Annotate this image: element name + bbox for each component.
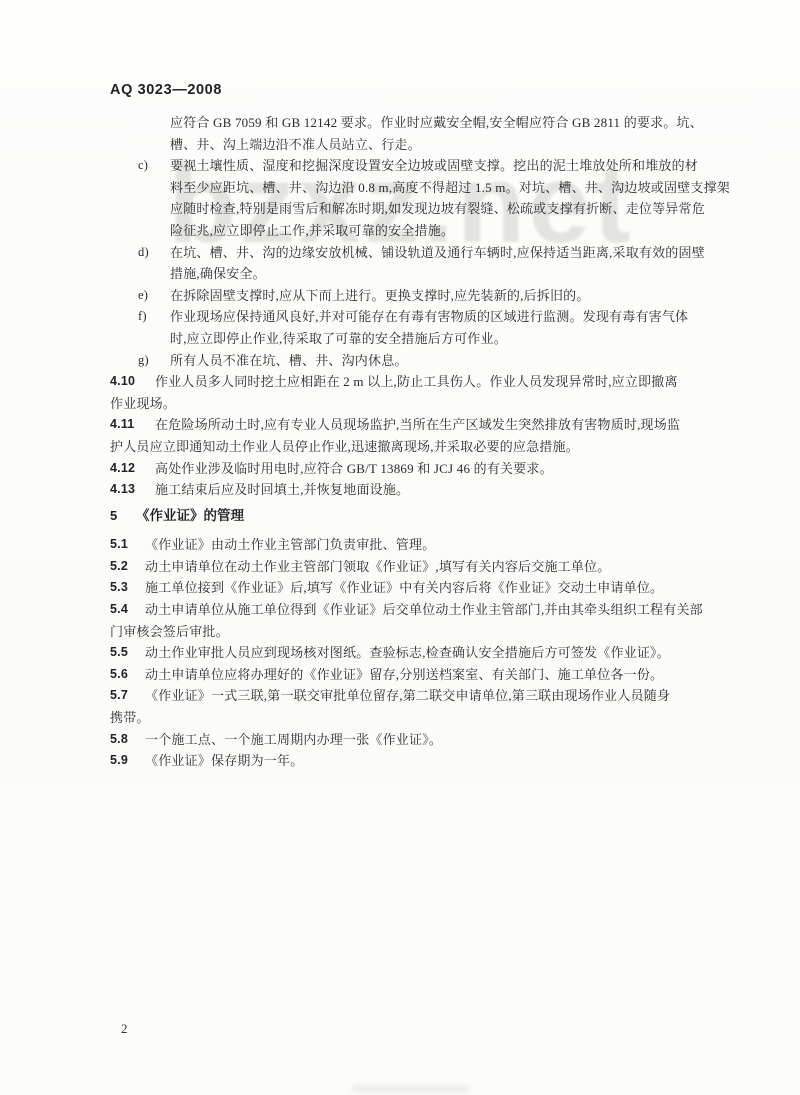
list-item-text: 所有人员不准在坑、槽、井、沟内休息。: [170, 353, 408, 368]
list-item-label: g): [138, 350, 149, 372]
clause: 4.10 作业人员多人同时挖土应相距在 2 m 以上,防止工具伤人。作业人员发现…: [110, 371, 702, 393]
clause-text: 作业人员多人同时挖土应相距在 2 m 以上,防止工具伤人。作业人员发现异常时,应…: [155, 371, 678, 393]
clause-number: 5.4: [110, 599, 145, 621]
clause-text: 施工单位接到《作业证》后,填写《作业证》中有关内容后将《作业证》交动土申请单位。: [145, 577, 663, 599]
clause-text: 在危险场所动土时,应有专业人员现场监护,当所在生产区域发生突然排放有害物质时,现…: [155, 414, 680, 436]
clause: 5.9 《作业证》保存期为一年。: [110, 750, 702, 772]
clause: 5.5 动土作业审批人员应到现场核对图纸。查验标志,检查确认安全措施后方可签发《…: [110, 642, 702, 664]
list-item: f) 作业现场应保持通风良好,并对可能存在有毒有害物质的区域进行监测。发现有毒有…: [110, 306, 702, 328]
clause-number: 5.2: [110, 556, 145, 578]
clause-text: 动土申请单位从施工单位得到《作业证》后交单位动土作业主管部门,并由其牵头组织工程…: [145, 599, 703, 621]
clause: 4.11 在危险场所动土时,应有专业人员现场监护,当所在生产区域发生突然排放有害…: [110, 414, 702, 436]
list-item: e) 在拆除固壁支撑时,应从下而上进行。更换支撑时,应先装新的,后拆旧的。: [110, 285, 702, 307]
list-item-text: 作业现场应保持通风良好,并对可能存在有毒有害物质的区域进行监测。发现有毒有害气体: [170, 309, 688, 324]
clause: 5.2 动土申请单位在动土作业主管部门领取《作业证》,填写有关内容后交施工单位。: [110, 556, 702, 578]
section-number: 5: [110, 505, 136, 527]
list-item: g) 所有人员不准在坑、槽、井、沟内休息。: [110, 350, 702, 372]
section-title: 《作业证》的管理: [136, 505, 244, 527]
text-line: 槽、井、沟上端边沿不准人员站立、行走。: [110, 134, 702, 156]
list-item-text: 在拆除固壁支撑时,应从下而上进行。更换支撑时,应先装新的,后拆旧的。: [170, 288, 590, 303]
clause-text: 动土申请单位应将办理好的《作业证》留存,分别送档案室、有关部门、施工单位各一份。: [145, 664, 663, 686]
section-heading: 5 《作业证》的管理: [110, 505, 702, 527]
clause: 5.3 施工单位接到《作业证》后,填写《作业证》中有关内容后将《作业证》交动土申…: [110, 577, 702, 599]
list-item-label: e): [138, 285, 148, 307]
clause-text: 动土作业审批人员应到现场核对图纸。查验标志,检查确认安全措施后方可签发《作业证》…: [145, 642, 670, 664]
list-item: c) 要视土壤性质、湿度和挖掘深度设置安全边坡或固壁支撑。挖出的泥土堆放处所和堆…: [110, 155, 702, 177]
clause: 5.1 《作业证》由动土作业主管部门负责审批、管理。: [110, 534, 702, 556]
clause-text: 《作业证》由动土作业主管部门负责审批、管理。: [145, 534, 435, 556]
clause: 4.13 施工结束后应及时回填土,并恢复地面设施。: [110, 479, 702, 501]
standard-number-header: AQ 3023—2008: [110, 82, 222, 98]
clause-number: 4.10: [110, 371, 155, 393]
list-item-label: d): [138, 242, 149, 264]
page-number: 2: [121, 1021, 128, 1037]
text-line: 料至少应距坑、槽、井、沟边沿 0.8 m,高度不得超过 1.5 m。对坑、槽、井…: [110, 177, 702, 199]
list-item-label: c): [138, 155, 148, 177]
list-item-text: 在坑、槽、井、沟的边缘安放机械、铺设轨道及通行车辆时,应保持适当距离,采取有效的…: [170, 245, 705, 260]
clause-number: 5.1: [110, 534, 145, 556]
text-line: 时,应立即停止作业,待采取了可靠的安全措施后方可作业。: [110, 328, 702, 350]
clause-number: 4.12: [110, 458, 155, 480]
clause-number: 5.3: [110, 577, 145, 599]
clause-text: 一个施工点、一个施工周期内办理一张《作业证》。: [145, 729, 442, 751]
clause-text: 高处作业涉及临时用电时,应符合 GB/T 13869 和 JCJ 46 的有关要…: [155, 458, 553, 480]
text-line: 携带。: [110, 707, 702, 729]
clause: 5.4 动土申请单位从施工单位得到《作业证》后交单位动土作业主管部门,并由其牵头…: [110, 599, 702, 621]
document-body: 应符合 GB 7059 和 GB 12142 要求。作业时应戴安全帽,安全帽应符…: [110, 112, 702, 772]
clause-number: 5.7: [110, 685, 145, 707]
clause-text: 动土申请单位在动土作业主管部门领取《作业证》,填写有关内容后交施工单位。: [145, 556, 610, 578]
text-line: 措施,确保安全。: [110, 263, 702, 285]
clause-number: 5.9: [110, 750, 145, 772]
text-line: 应符合 GB 7059 和 GB 12142 要求。作业时应戴安全帽,安全帽应符…: [110, 112, 702, 134]
text-line: 应随时检查,特别是雨雪后和解冻时期,如发现边坡有裂缝、松疏或支撑有折断、走位等异…: [110, 198, 702, 220]
list-item-text: 要视土壤性质、湿度和挖掘深度设置安全边坡或固壁支撑。挖出的泥土堆放处所和堆放的材: [170, 158, 698, 173]
clause: 5.7 《作业证》一式三联,第一联交审批单位留存,第二联交申请单位,第三联由现场…: [110, 685, 702, 707]
text-line: 门审核会签后审批。: [110, 621, 702, 643]
bottom-watermark-smudge: [352, 1085, 470, 1093]
text-line: 险征兆,应立即停止工作,并采取可靠的安全措施。: [110, 220, 702, 242]
clause-text: 施工结束后应及时回填土,并恢复地面设施。: [155, 479, 409, 501]
clause: 4.12 高处作业涉及临时用电时,应符合 GB/T 13869 和 JCJ 46…: [110, 458, 702, 480]
list-item-label: f): [138, 306, 147, 328]
clause-number: 4.11: [110, 414, 155, 436]
text-line: 作业现场。: [110, 393, 702, 415]
list-item: d) 在坑、槽、井、沟的边缘安放机械、铺设轨道及通行车辆时,应保持适当距离,采取…: [110, 242, 702, 264]
clause-number: 5.6: [110, 664, 145, 686]
clause-number: 4.13: [110, 479, 155, 501]
clause: 5.8 一个施工点、一个施工周期内办理一张《作业证》。: [110, 729, 702, 751]
clause-text: 《作业证》一式三联,第一联交审批单位留存,第二联交申请单位,第三联由现场作业人员…: [145, 685, 670, 707]
text-line: 护人员应立即通知动土作业人员停止作业,迅速撤离现场,并采取必要的应急措施。: [110, 436, 702, 458]
clause-number: 5.8: [110, 729, 145, 751]
clause-text: 《作业证》保存期为一年。: [145, 750, 303, 772]
clause-number: 5.5: [110, 642, 145, 664]
clause: 5.6 动土申请单位应将办理好的《作业证》留存,分别送档案室、有关部门、施工单位…: [110, 664, 702, 686]
